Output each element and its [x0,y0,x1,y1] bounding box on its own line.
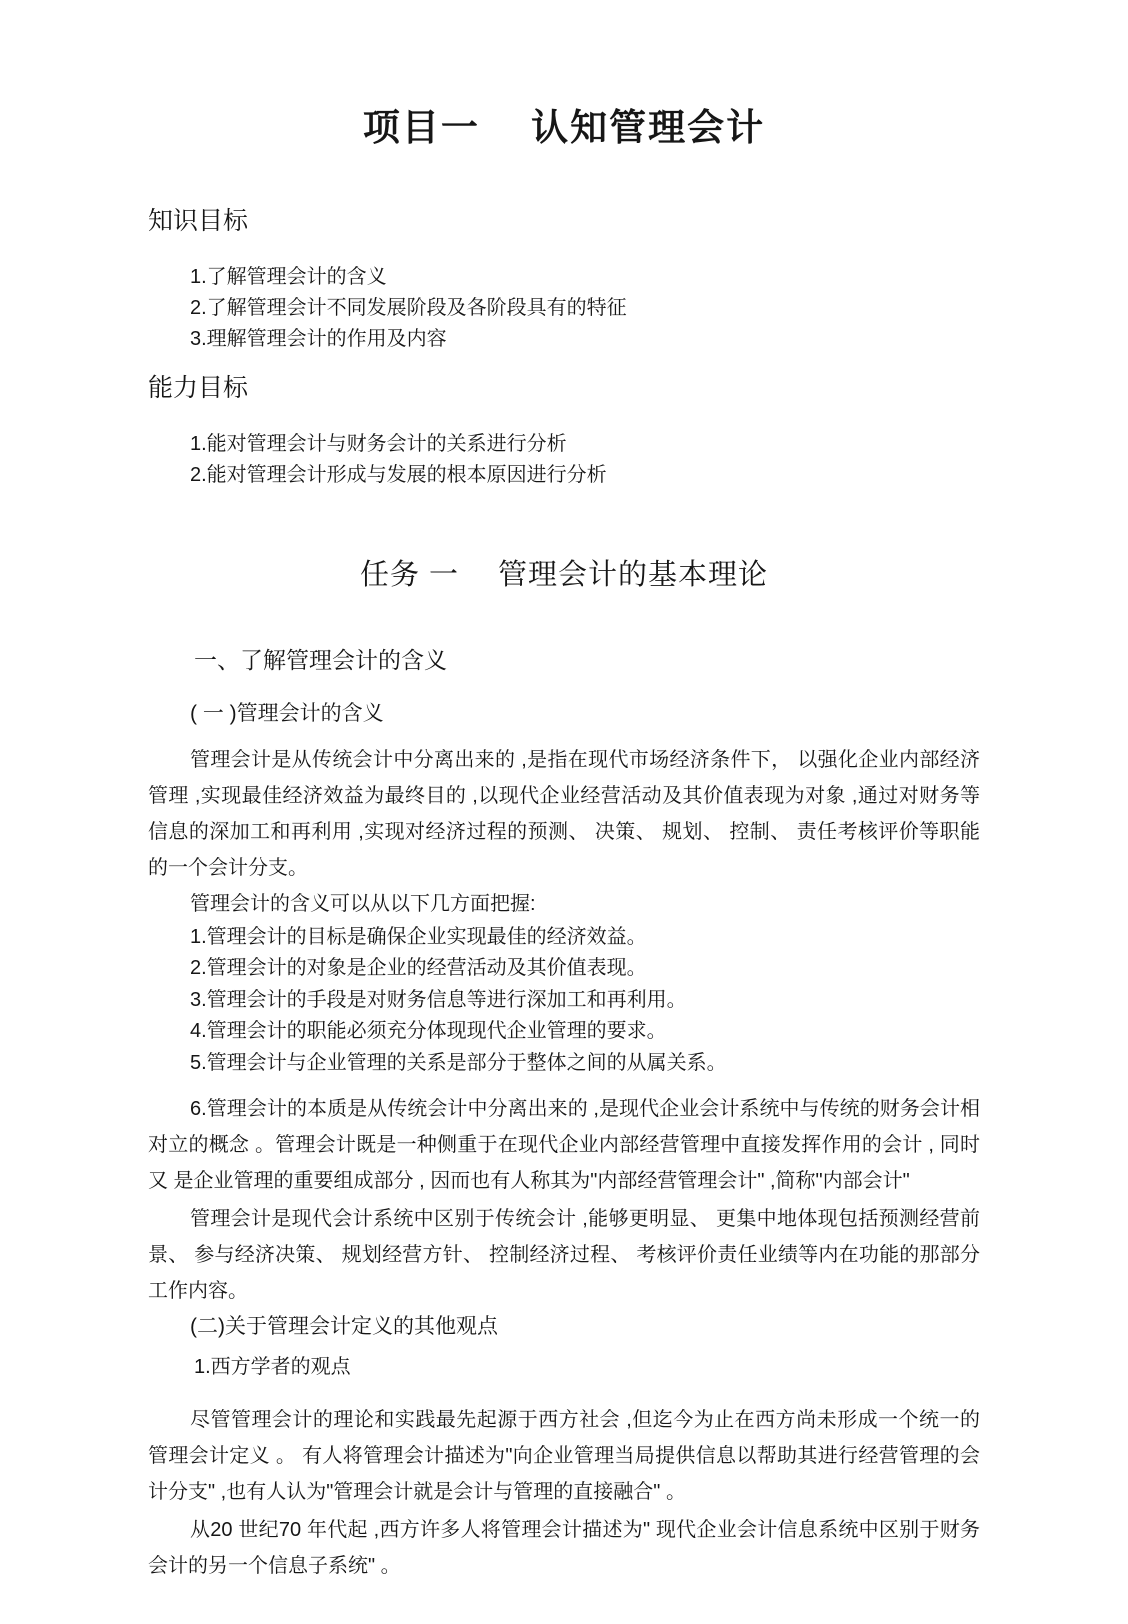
chapter-title: 项目一 认知管理会计 [148,106,980,150]
ability-goal-item: 1.能对管理会计与财务会计的关系进行分析 [148,429,980,460]
meaning-point: 3.管理会计的手段是对财务信息等进行深加工和再利用。 [148,985,980,1017]
ability-goals-list: 1.能对管理会计与财务会计的关系进行分析 2.能对管理会计形成与发展的根本原因进… [148,429,980,491]
document-page: 项目一 认知管理会计 知识目标 1.了解管理会计的含义 2.了解管理会计不同发展… [0,0,1128,1624]
knowledge-goal-item: 1.了解管理会计的含义 [148,262,980,293]
summary-paragraph: 管理会计是现代会计系统中区别于传统会计 ,能够更明显、 更集中地体现包括预测经营… [148,1201,980,1309]
knowledge-goals-section: 知识目标 1.了解管理会计的含义 2.了解管理会计不同发展阶段及各阶段具有的特征… [148,206,980,355]
subsection-1-heading: ( 一 )管理会计的含义 [148,700,980,727]
knowledge-goals-list: 1.了解管理会计的含义 2.了解管理会计不同发展阶段及各阶段具有的特征 3.理解… [148,262,980,355]
knowledge-goal-item: 3.理解管理会计的作用及内容 [148,324,980,355]
western-view-paragraph-2: 从20 世纪70 年代起 ,西方许多人将管理会计描述为" 现代企业会计信息系统中… [148,1512,980,1584]
meaning-points-list: 1.管理会计的目标是确保企业实现最佳的经济效益。 2.管理会计的对象是企业的经营… [148,922,980,1080]
ability-goals-section: 能力目标 1.能对管理会计与财务会计的关系进行分析 2.能对管理会计形成与发展的… [148,373,980,491]
knowledge-goals-heading: 知识目标 [148,206,980,236]
meaning-point: 2.管理会计的对象是企业的经营活动及其价值表现。 [148,953,980,985]
section-basic-theory: 一、了解管理会计的含义 ( 一 )管理会计的含义 管理会计是从传统会计中分离出来… [148,646,980,1585]
meaning-point-6-paragraph: 6.管理会计的本质是从传统会计中分离出来的 ,是现代企业会计系统中与传统的财务会… [148,1091,980,1199]
ability-goals-heading: 能力目标 [148,373,980,403]
meaning-lead-line: 管理会计的含义可以从以下几方面把握: [148,888,980,921]
meaning-point: 5.管理会计与企业管理的关系是部分于整体之间的从属关系。 [148,1048,980,1080]
western-view-paragraph-1: 尽管管理会计的理论和实践最先起源于西方社会 ,但迄今为止在西方尚未形成一个统一的… [148,1402,980,1510]
ability-goal-item: 2.能对管理会计形成与发展的根本原因进行分析 [148,460,980,491]
subsection-2-heading: (二)关于管理会计定义的其他观点 [148,1313,980,1340]
meaning-point: 4.管理会计的职能必须充分体现现代企业管理的要求。 [148,1016,980,1048]
section-heading: 一、了解管理会计的含义 [148,646,980,675]
meaning-point: 1.管理会计的目标是确保企业实现最佳的经济效益。 [148,922,980,954]
definition-paragraph: 管理会计是从传统会计中分离出来的 ,是指在现代市场经济条件下， 以强化企业内部经… [148,742,980,886]
knowledge-goal-item: 2.了解管理会计不同发展阶段及各阶段具有的特征 [148,293,980,324]
western-scholars-heading: 1.西方学者的观点 [148,1354,980,1380]
task-title: 任务 一 管理会计的基本理论 [148,557,980,593]
